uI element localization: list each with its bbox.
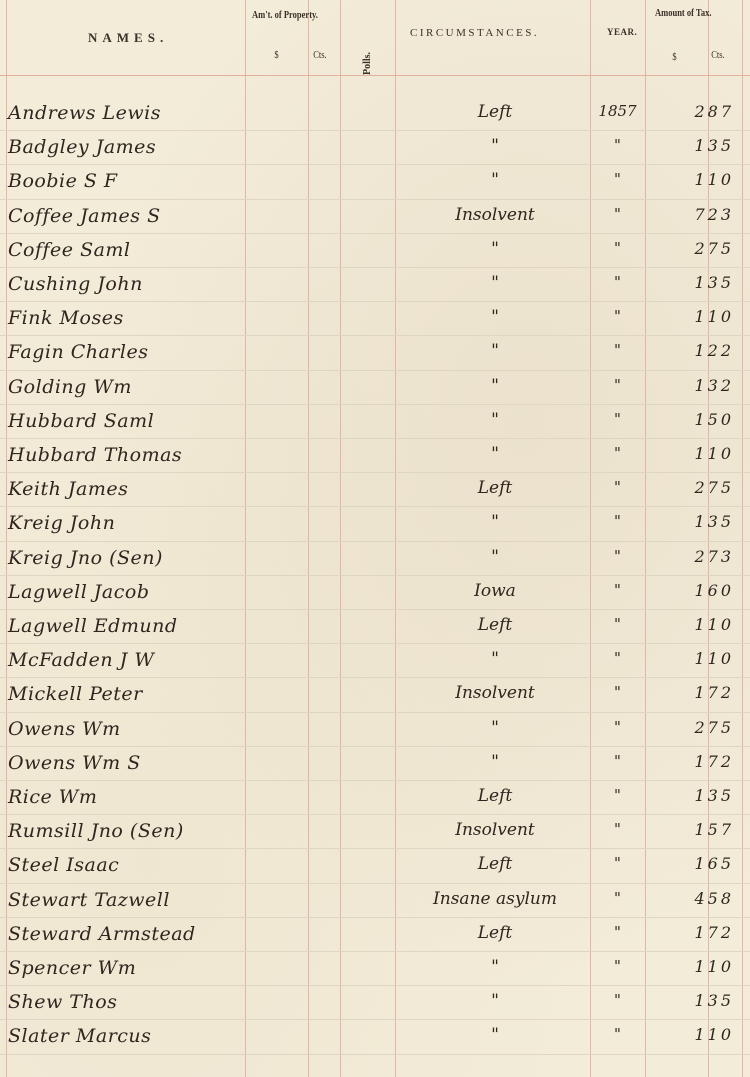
entry-tax: 135 [645, 786, 740, 805]
entry-tax: 172 [645, 683, 740, 702]
entry-name: Lagwell Edmund [8, 615, 178, 637]
entry-name: Hubbard Saml [8, 410, 154, 432]
entry-tax: 458 [645, 889, 740, 908]
entry-name: Slater Marcus [8, 1025, 151, 1047]
table-row: Slater Marcus " " 110 [0, 1023, 750, 1057]
entry-year: " [590, 444, 645, 462]
table-row: Stewart Tazwell Insane asylum " 458 [0, 887, 750, 921]
entry-name: Steward Armstead [8, 923, 196, 945]
entry-year: " [590, 136, 645, 154]
entry-name: Keith James [8, 478, 128, 500]
row-rule [0, 438, 750, 439]
entry-circumstances: " [400, 547, 590, 567]
entry-tax: 275 [645, 718, 740, 737]
row-rule [0, 951, 750, 952]
row-rule [0, 814, 750, 815]
entry-tax: 110 [645, 1025, 740, 1044]
entry-circumstances: Left [400, 786, 590, 806]
entry-year: " [590, 923, 645, 941]
table-row: Lagwell Edmund Left " 110 [0, 613, 750, 647]
entry-name: Hubbard Thomas [8, 444, 182, 466]
entry-circumstances: " [400, 752, 590, 772]
entry-tax: 723 [645, 205, 740, 224]
entry-tax: 172 [645, 923, 740, 942]
table-row: Shew Thos " " 135 [0, 989, 750, 1023]
entry-name: Rumsill Jno (Sen) [8, 820, 184, 842]
table-row: Rumsill Jno (Sen) Insolvent " 157 [0, 818, 750, 852]
table-row: Steward Armstead Left " 172 [0, 921, 750, 955]
row-rule [0, 985, 750, 986]
entry-year: " [590, 718, 645, 736]
entry-circumstances: Left [400, 478, 590, 498]
entry-name: Boobie S F [8, 170, 118, 192]
entry-year: " [590, 649, 645, 667]
entry-name: Stewart Tazwell [8, 889, 170, 911]
entry-circumstances: Left [400, 923, 590, 943]
header-amount-of-property: Am't. of Property. [252, 10, 318, 21]
entry-circumstances: Insane asylum [400, 889, 590, 909]
entry-circumstances: " [400, 170, 590, 190]
row-rule [0, 643, 750, 644]
table-row: Andrews Lewis Left 1857 287 [0, 100, 750, 134]
entry-circumstances: " [400, 307, 590, 327]
entry-circumstances: " [400, 1025, 590, 1045]
entry-circumstances: Insolvent [400, 683, 590, 703]
header-property-dollars: $ [274, 50, 278, 61]
table-row: Coffee Saml " " 275 [0, 237, 750, 271]
entry-year: " [590, 1025, 645, 1043]
entry-circumstances: " [400, 991, 590, 1011]
table-row: Lagwell Jacob Iowa " 160 [0, 579, 750, 613]
table-row: Kreig John " " 135 [0, 510, 750, 544]
entry-tax: 110 [645, 170, 740, 189]
header-polls: Polls. [362, 52, 373, 75]
entry-name: Mickell Peter [8, 683, 143, 705]
table-row: Hubbard Thomas " " 110 [0, 442, 750, 476]
ledger-page: NAMES. Am't. of Property. $ Cts. Polls. … [0, 0, 750, 1077]
table-row: Mickell Peter Insolvent " 172 [0, 681, 750, 715]
table-row: Badgley James " " 135 [0, 134, 750, 168]
entry-circumstances: " [400, 649, 590, 669]
row-rule [0, 164, 750, 165]
entry-year: " [590, 307, 645, 325]
table-row: Golding Wm " " 132 [0, 374, 750, 408]
entry-year: " [590, 581, 645, 599]
entry-name: Coffee James S [8, 205, 161, 227]
table-row: Rice Wm Left " 135 [0, 784, 750, 818]
entry-year: " [590, 991, 645, 1009]
entry-name: Owens Wm S [8, 752, 141, 774]
entry-year: " [590, 683, 645, 701]
table-row: Cushing John " " 135 [0, 271, 750, 305]
entry-circumstances: " [400, 718, 590, 738]
entry-tax: 122 [645, 341, 740, 360]
header-amount-of-tax: Amount of Tax. [655, 8, 711, 19]
entry-name: Fink Moses [8, 307, 124, 329]
entry-year: " [590, 410, 645, 428]
table-row: Coffee James S Insolvent " 723 [0, 203, 750, 237]
entry-year: " [590, 889, 645, 907]
row-rule [0, 267, 750, 268]
row-rule [0, 1019, 750, 1020]
entry-circumstances: Left [400, 102, 590, 122]
row-rule [0, 301, 750, 302]
entry-circumstances: " [400, 512, 590, 532]
entry-circumstances: Insolvent [400, 205, 590, 225]
entry-circumstances: " [400, 136, 590, 156]
table-row: Steel Isaac Left " 165 [0, 852, 750, 886]
header-circumstances: CIRCUMSTANCES. [410, 27, 539, 39]
entry-year: " [590, 170, 645, 188]
header-property-cents: Cts. [313, 50, 326, 61]
entry-tax: 172 [645, 752, 740, 771]
entry-year: " [590, 820, 645, 838]
entry-circumstances: " [400, 239, 590, 259]
entry-tax: 135 [645, 991, 740, 1010]
row-rule [0, 233, 750, 234]
entry-year: " [590, 615, 645, 633]
entry-year: " [590, 512, 645, 530]
header-tax-cents: Cts. [711, 50, 724, 61]
entry-year: " [590, 376, 645, 394]
entry-name: Fagin Charles [8, 341, 149, 363]
entry-year: 1857 [590, 102, 645, 120]
entry-name: Cushing John [8, 273, 143, 295]
entry-tax: 135 [645, 273, 740, 292]
table-row: Fagin Charles " " 122 [0, 339, 750, 373]
row-rule [0, 883, 750, 884]
entry-name: Andrews Lewis [8, 102, 161, 124]
header-names: NAMES. [88, 30, 168, 46]
row-rule [0, 575, 750, 576]
row-rule [0, 848, 750, 849]
entry-name: Shew Thos [8, 991, 117, 1013]
table-row: McFadden J W " " 110 [0, 647, 750, 681]
header-rule [0, 75, 750, 76]
entry-circumstances: Iowa [400, 581, 590, 601]
table-row: Spencer Wm " " 110 [0, 955, 750, 989]
entry-tax: 132 [645, 376, 740, 395]
table-row: Boobie S F " " 110 [0, 168, 750, 202]
entry-year: " [590, 341, 645, 359]
entry-tax: 165 [645, 854, 740, 873]
entry-tax: 150 [645, 410, 740, 429]
entry-name: Coffee Saml [8, 239, 131, 261]
entry-year: " [590, 478, 645, 496]
entry-name: McFadden J W [8, 649, 154, 671]
row-rule [0, 335, 750, 336]
entry-tax: 110 [645, 649, 740, 668]
entry-year: " [590, 957, 645, 975]
row-rule [0, 130, 750, 131]
entry-circumstances: " [400, 444, 590, 464]
header-tax-dollars: $ [672, 52, 676, 63]
table-row: Keith James Left " 275 [0, 476, 750, 510]
entry-year: " [590, 854, 645, 872]
entry-circumstances: " [400, 957, 590, 977]
row-rule [0, 917, 750, 918]
row-rule [0, 746, 750, 747]
entry-circumstances: " [400, 273, 590, 293]
entry-year: " [590, 752, 645, 770]
row-rule [0, 370, 750, 371]
entry-tax: 287 [645, 102, 740, 121]
row-rule [0, 609, 750, 610]
entry-circumstances: " [400, 376, 590, 396]
table-row: Owens Wm " " 275 [0, 716, 750, 750]
entry-year: " [590, 273, 645, 291]
entry-tax: 275 [645, 478, 740, 497]
entry-circumstances: " [400, 341, 590, 361]
entry-year: " [590, 205, 645, 223]
entry-name: Steel Isaac [8, 854, 119, 876]
entry-name: Kreig John [8, 512, 115, 534]
entry-tax: 135 [645, 512, 740, 531]
row-rule [0, 199, 750, 200]
entry-name: Spencer Wm [8, 957, 136, 979]
entry-tax: 110 [645, 444, 740, 463]
entry-name: Lagwell Jacob [8, 581, 150, 603]
entry-year: " [590, 239, 645, 257]
row-rule [0, 780, 750, 781]
entry-circumstances: Left [400, 615, 590, 635]
entry-tax: 110 [645, 957, 740, 976]
table-row: Owens Wm S " " 172 [0, 750, 750, 784]
row-rule [0, 1054, 750, 1055]
table-row: Kreig Jno (Sen) " " 273 [0, 545, 750, 579]
entry-year: " [590, 547, 645, 565]
table-row: Hubbard Saml " " 150 [0, 408, 750, 442]
row-rule [0, 677, 750, 678]
entry-tax: 157 [645, 820, 740, 839]
entry-name: Badgley James [8, 136, 156, 158]
entry-circumstances: " [400, 410, 590, 430]
row-rule [0, 472, 750, 473]
entry-tax: 135 [645, 136, 740, 155]
entry-circumstances: Insolvent [400, 820, 590, 840]
entry-tax: 273 [645, 547, 740, 566]
row-rule [0, 506, 750, 507]
entry-name: Rice Wm [8, 786, 97, 808]
entry-name: Owens Wm [8, 718, 121, 740]
entry-tax: 160 [645, 581, 740, 600]
table-row: Fink Moses " " 110 [0, 305, 750, 339]
entry-name: Kreig Jno (Sen) [8, 547, 163, 569]
entry-tax: 110 [645, 307, 740, 326]
entry-circumstances: Left [400, 854, 590, 874]
row-rule [0, 712, 750, 713]
entry-tax: 275 [645, 239, 740, 258]
entry-year: " [590, 786, 645, 804]
entry-name: Golding Wm [8, 376, 132, 398]
row-rule [0, 404, 750, 405]
entry-tax: 110 [645, 615, 740, 634]
row-rule [0, 541, 750, 542]
header-year: YEAR. [607, 27, 637, 37]
